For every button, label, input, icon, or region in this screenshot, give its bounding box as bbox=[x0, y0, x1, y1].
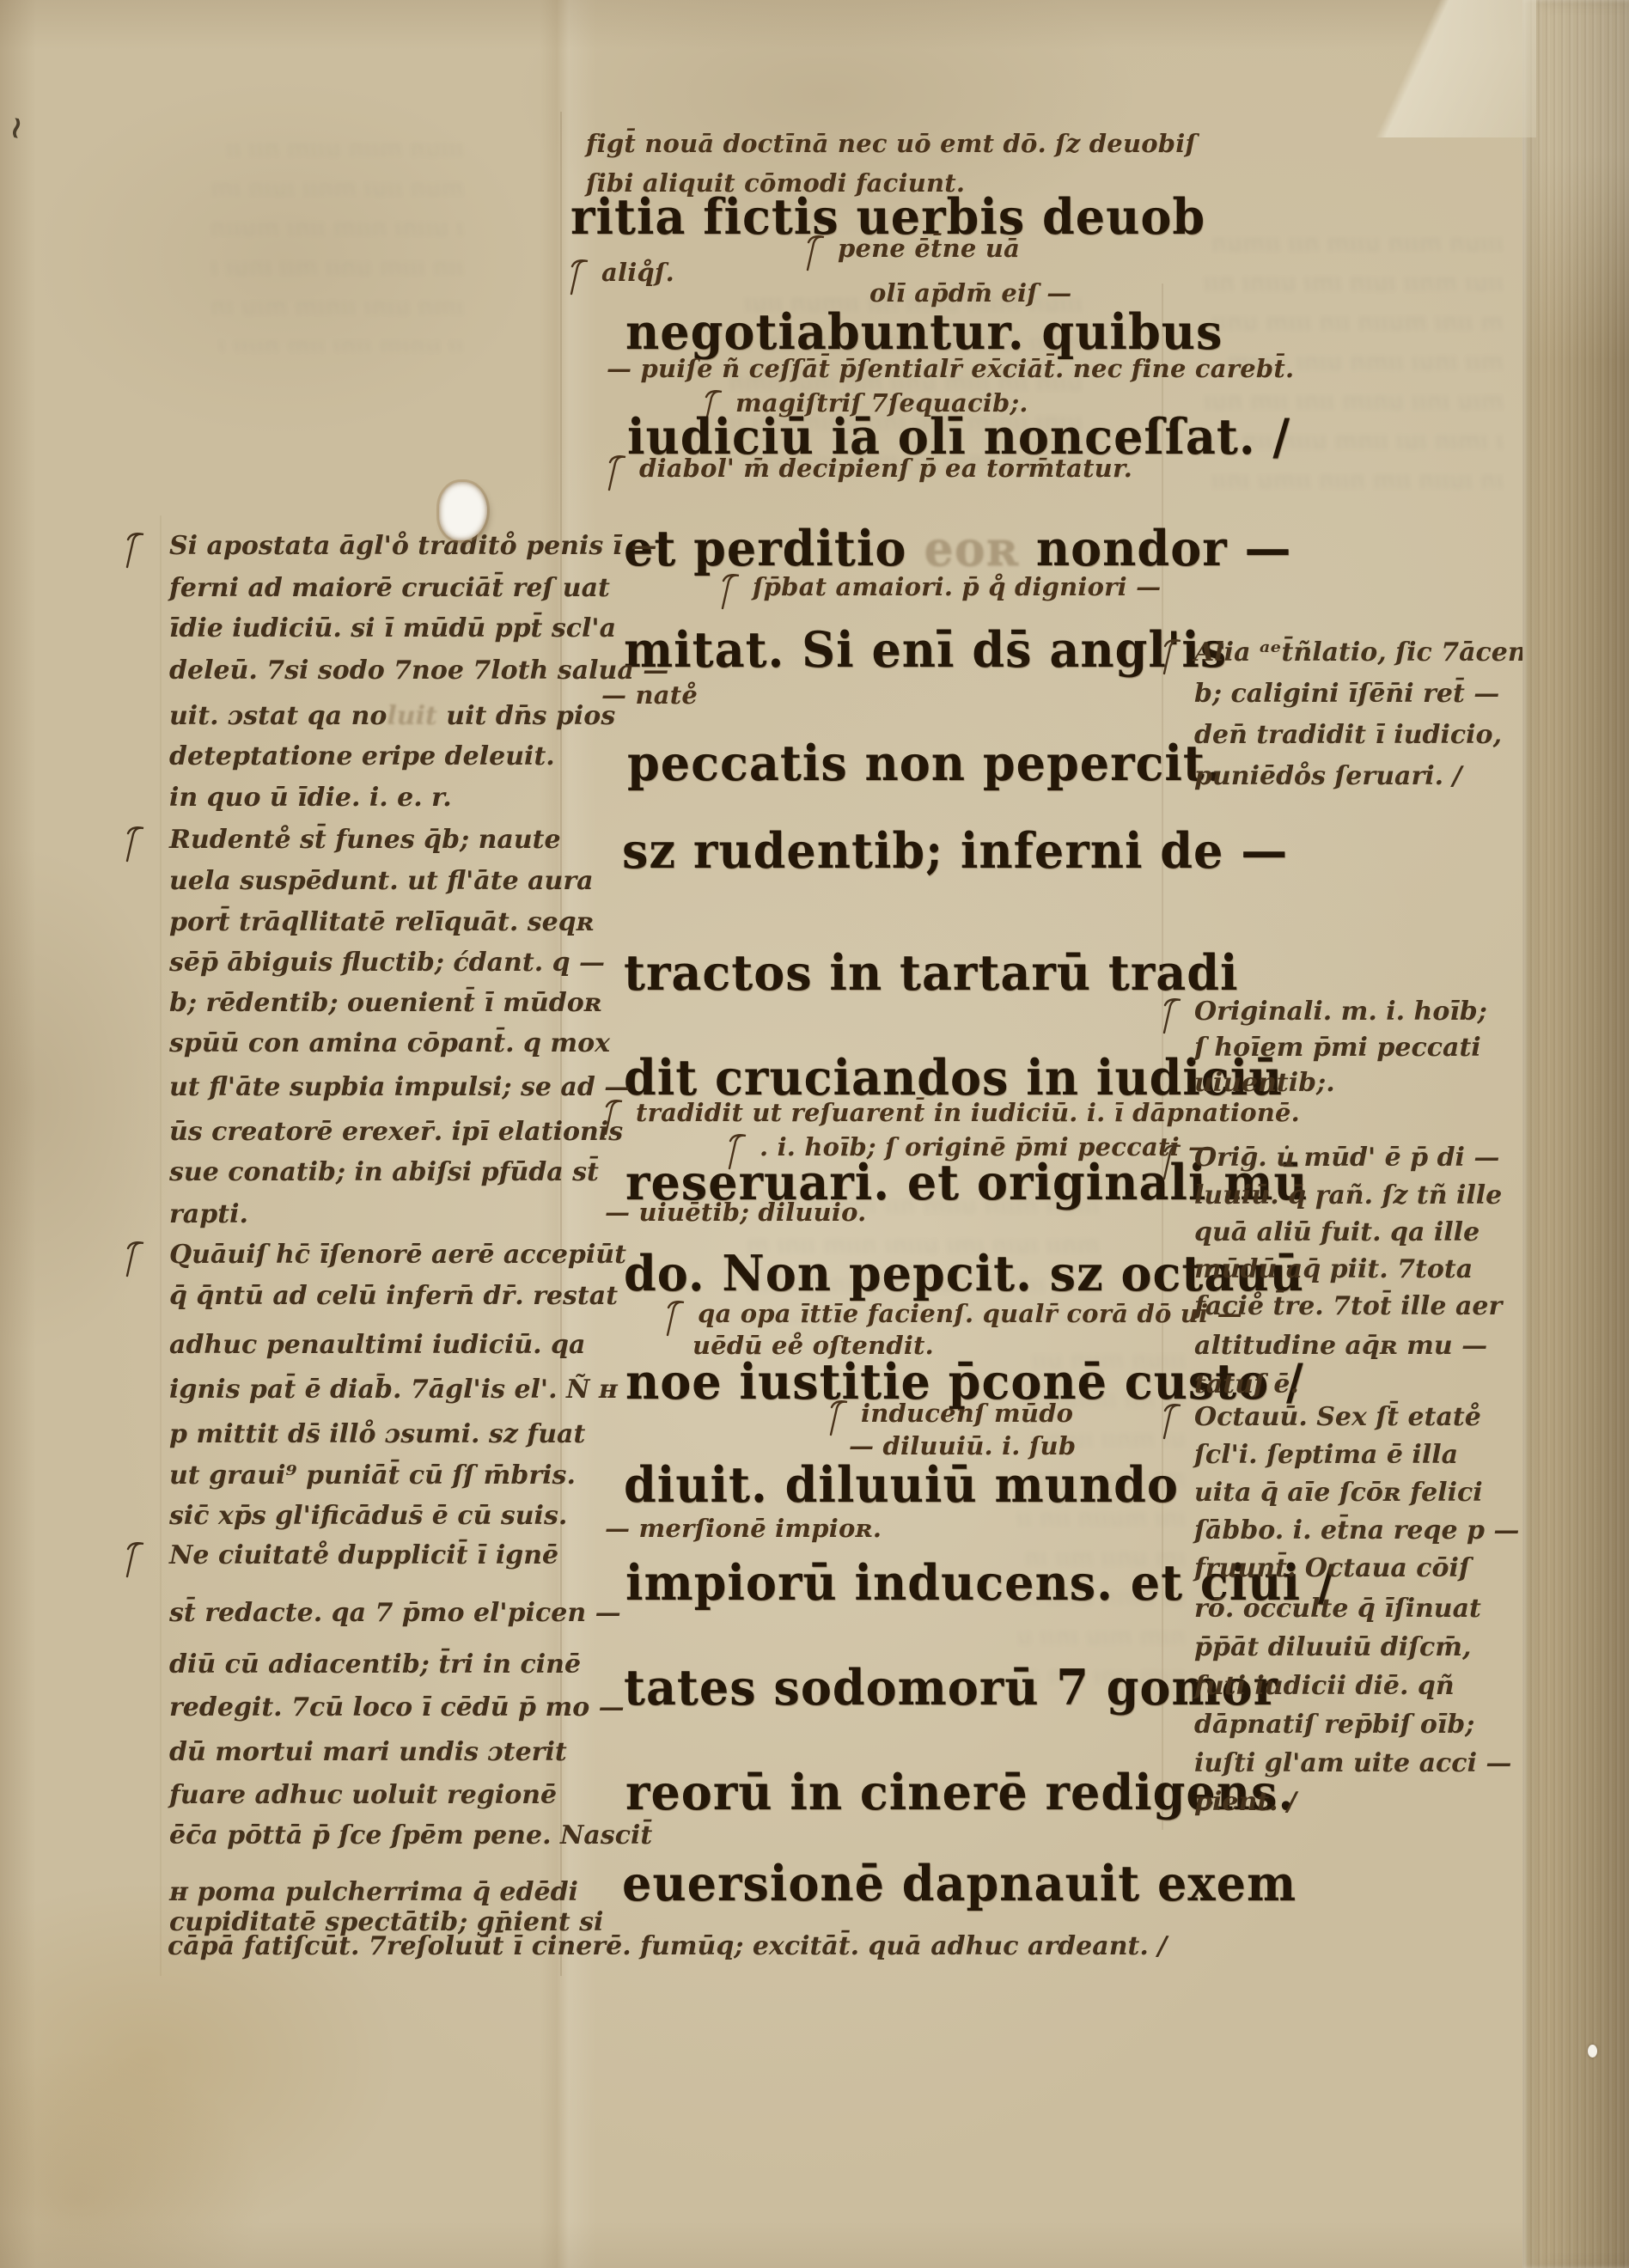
paragraph-mark-icon bbox=[828, 1397, 851, 1444]
book-fore-edge bbox=[1522, 0, 1629, 2268]
gloss-line: deleū. 7si sodo 7noe 7loth salua — bbox=[169, 655, 668, 686]
line-text: īdie iudiciū. si ī mūdū ppt̄ scl'a bbox=[169, 613, 616, 643]
line-text: diabol' m̄ decipienſ p̄ ea torm̄tatur. bbox=[639, 454, 1132, 483]
line-text: ſābbo. i. et̄na reqe p — bbox=[1194, 1515, 1519, 1546]
line-text: dāpnatiſ rep̄biſ oīb; bbox=[1194, 1710, 1474, 1740]
line-text: in quo ū īdie. i. e. r. bbox=[169, 783, 452, 813]
gloss-line: fruunt̄. Octaua cōiſ bbox=[1194, 1553, 1470, 1583]
lemma-line: tates sodomorū 7 gomor bbox=[624, 1658, 1278, 1716]
gloss-line: Quāuiſ hc̄ īſenorē aerē accepiūt bbox=[169, 1240, 626, 1270]
paragraph-mark-icon bbox=[665, 1297, 687, 1344]
corner-fold bbox=[1340, 0, 1536, 137]
line-text: fruunt̄. Octaua cōiſ bbox=[1194, 1553, 1470, 1583]
gloss-line: — puiſe ñ ceſſāt̄ p̄ſentialr̄ ex̄ciāt̄. … bbox=[607, 354, 1294, 383]
gloss-line: ignis pat̄ ē diab̄. 7āgl'is el'. Ñ ʜ bbox=[169, 1375, 618, 1405]
gloss-line: ſābbo. i. et̄na reqe p — bbox=[1194, 1515, 1519, 1546]
gloss-line: p̄p̄āt diluuiū diſcm̄, bbox=[1194, 1632, 1471, 1662]
line-text: Originali. m. i. hoīb; bbox=[1194, 997, 1487, 1027]
line-text: tates sodomorū 7 gomor bbox=[624, 1658, 1278, 1716]
gloss-line: ūs creatorē erexer̄. ipī elationis bbox=[169, 1117, 623, 1147]
gloss-line: sic̄ xp̄s gl'ificādus̄ ē cū suis. bbox=[169, 1501, 567, 1531]
gloss-line: ut graui⁹ puniāt̄ cū ſſ m̄bris. bbox=[169, 1460, 576, 1491]
gloss-line: sēp̄ ābiguis fluctib; ćdant. q — bbox=[169, 948, 605, 978]
gloss-line: quā aliū fuit. qa ille bbox=[1194, 1217, 1480, 1247]
faded-erased-word: eoʀ bbox=[924, 519, 1019, 577]
gloss-line: inducenſ mūdo bbox=[861, 1399, 1073, 1428]
gloss-line: futi iudicii diē. qñ bbox=[1194, 1671, 1455, 1701]
line-text: luuiū. q̄ ꞅañ. ſz tñ ille bbox=[1194, 1180, 1502, 1210]
line-text: facie̊ t̄re. 7tot̄ ille aer bbox=[1194, 1291, 1502, 1321]
line-text: p̄p̄āt diluuiū diſcm̄, bbox=[1194, 1632, 1471, 1662]
line-text: b; rēdentib; ouenient̄ ī mūdoʀ bbox=[169, 988, 602, 1018]
line-text: uita q̄ aīe ſcōʀ felici bbox=[1194, 1478, 1483, 1508]
line-text: Quāuiſ hc̄ īſenorē aerē accepiūt bbox=[169, 1240, 626, 1270]
gloss-line: ſcl'i. ſeptima ē illa bbox=[1194, 1440, 1458, 1470]
line-text: port̄ trāqllitatē relīquāt. seqʀ bbox=[169, 907, 595, 937]
paragraph-mark-icon bbox=[1162, 995, 1184, 1043]
line-text: Alia ᵃᵉt̄ñlatio, ſic 7ācen — bbox=[1194, 637, 1561, 668]
line-text: ſp̄bat amaiori. p̄ q̊ digniori — bbox=[753, 572, 1161, 601]
gloss-line: facie̊ t̄re. 7tot̄ ille aer bbox=[1194, 1291, 1502, 1321]
gloss-line: st̄ redacte. qa 7 p̄mo el'picen — bbox=[169, 1598, 621, 1628]
gloss-line: — merſionē impioʀ. bbox=[605, 1514, 882, 1543]
line-text: peccatis non pepercit. bbox=[627, 734, 1223, 792]
paragraph-mark-icon bbox=[125, 1238, 147, 1286]
gloss-line: Rudente̊ st̄ funes q̄b; naute bbox=[169, 825, 561, 855]
gloss-line: aliq̊ſ. bbox=[601, 258, 674, 287]
lemma-line: euersionē dapnauit exem bbox=[622, 1854, 1296, 1912]
line-text: mūdū aq̄ piit. 7tota bbox=[1194, 1254, 1473, 1284]
gloss-line: ſp̄bat amaiori. p̄ q̊ digniori — bbox=[753, 572, 1161, 601]
gloss-line: Alia ᵃᵉt̄ñlatio, ſic 7ācen — bbox=[1194, 637, 1561, 668]
line-text: puniēdo̊s ſeruari. / bbox=[1194, 761, 1462, 791]
lemma-line: et perditio eoʀ nondor — bbox=[624, 519, 1291, 577]
line-text: Oriḡ. u̇ mūd' ē p̄ di — bbox=[1194, 1143, 1499, 1173]
line-text: ignis pat̄ ē diab̄. 7āgl'is el'. Ñ ʜ bbox=[169, 1375, 618, 1405]
line-text: ut fl'āte supbia impulsi; se ad — bbox=[169, 1072, 630, 1102]
line-text: — merſionē impioʀ. bbox=[605, 1514, 882, 1543]
line-text: den̄ tradidit ī iudicio, bbox=[1194, 720, 1502, 750]
gloss-line: tradidit ut reſuarent̄ in iudiciū. i. ī … bbox=[636, 1098, 1300, 1127]
lemma-line: sz rudentib; inferni de — bbox=[622, 821, 1288, 880]
line-text: cupiditatē spectātib; gn̄ient si bbox=[169, 1907, 603, 1937]
gloss-line: mūdū aq̄ piit. 7tota bbox=[1194, 1254, 1473, 1284]
line-text: rō. occulte q̄ īſinuat bbox=[1194, 1594, 1481, 1624]
gloss-line: diū cū adiacentib; t̄ri in cinē bbox=[169, 1649, 581, 1680]
line-text: — uiuētib; diluuio. bbox=[605, 1198, 866, 1227]
paragraph-mark-icon bbox=[1162, 1400, 1184, 1448]
paragraph-mark-icon bbox=[569, 256, 591, 303]
lemma-line: diuit. diluuiū mundo bbox=[624, 1455, 1179, 1514]
line-text: ſcl'i. ſeptima ē illa bbox=[1194, 1440, 1458, 1470]
paragraph-mark-icon bbox=[805, 232, 827, 279]
gloss-line: uela suspēdunt. ut fl'āte aura bbox=[169, 866, 594, 896]
manuscript-page: ıııun mıın uıım nıı ıımun ııuı mnıı ıuın… bbox=[0, 0, 1629, 2268]
line-text: nondor — bbox=[1019, 519, 1291, 577]
line-text: sue conatib; in abiſsi pfūda st̄ bbox=[169, 1157, 599, 1187]
gloss-line: — uiuētib; diluuio. bbox=[605, 1198, 866, 1227]
text-layer: figt̄ nouā doctīnā nec uō emt dō. ſz deu… bbox=[0, 0, 1629, 2268]
gloss-line: rapti. bbox=[169, 1199, 248, 1229]
line-text: redegit. 7cū loco ī cēdū p̄ mo — bbox=[169, 1692, 625, 1722]
gloss-line: figt̄ nouā doctīnā nec uō emt dō. ſz deu… bbox=[586, 129, 1196, 158]
lemma-line: negotiabuntur. quibus bbox=[625, 302, 1223, 361]
line-text: Ne ciuitate̊ dupplicit̄ ī ignē bbox=[169, 1540, 558, 1570]
line-text: diuit. diluuiū mundo bbox=[624, 1455, 1179, 1514]
gloss-line: deteptatione eripe deleuit. bbox=[169, 741, 555, 771]
gloss-line: ſ hoīem p̄mi peccati bbox=[1194, 1033, 1481, 1063]
line-text: st̄ redacte. qa 7 p̄mo el'picen — bbox=[169, 1598, 621, 1628]
line-text: aliq̊ſ. bbox=[601, 258, 674, 287]
line-text: sz rudentib; inferni de — bbox=[622, 821, 1288, 880]
line-text: ʜ poma pulcherrima q̄ edēdi bbox=[169, 1877, 578, 1907]
line-text: negotiabuntur. quibus bbox=[625, 302, 1223, 361]
line-text: mitat. Si enī ds̄ angl'is bbox=[624, 620, 1227, 679]
gloss-line: uita q̄ aīe ſcōʀ felici bbox=[1194, 1478, 1483, 1508]
white-speck bbox=[1588, 2045, 1597, 2058]
paragraph-mark-icon bbox=[720, 570, 742, 618]
gloss-line: adhuc penaultimi iudiciū. qa bbox=[169, 1330, 585, 1360]
gloss-line: ēc̄a pōttā p̄ ſce ſpēm pene. Nascit̄ bbox=[169, 1820, 652, 1850]
line-text: altitudine aq̄ʀ mu — bbox=[1194, 1331, 1487, 1361]
line-text: ferni ad maiorē cruciāt̄ reſ uat bbox=[169, 573, 610, 603]
line-text: rapti. bbox=[169, 1199, 248, 1229]
gloss-line: p mittit ds̄ illo̊ ɔsumi. sz fuat bbox=[169, 1419, 585, 1449]
line-text: — puiſe ñ ceſſāt̄ p̄ſentialr̄ ex̄ciāt̄. … bbox=[607, 354, 1294, 383]
line-text: b; caligini īſēn̄i ret̄ — bbox=[1194, 679, 1499, 709]
gloss-line: altitudine aq̄ʀ mu — bbox=[1194, 1331, 1487, 1361]
paragraph-mark-icon bbox=[125, 529, 147, 577]
line-text: tradidit ut reſuarent̄ in iudiciū. i. ī … bbox=[636, 1098, 1300, 1127]
gloss-line: īdie iudiciū. si ī mūdū ppt̄ scl'a bbox=[169, 613, 616, 643]
line-text: adhuc penaultimi iudiciū. qa bbox=[169, 1330, 585, 1360]
line-text: ut graui⁹ puniāt̄ cū ſſ m̄bris. bbox=[169, 1460, 576, 1491]
gloss-line: q̄ q̄ntū ad celū infern̄ dr̄. restat bbox=[169, 1281, 618, 1311]
line-text: inducenſ mūdo bbox=[861, 1399, 1073, 1428]
line-text: futi iudicii diē. qñ bbox=[1194, 1671, 1455, 1701]
paragraph-mark-icon bbox=[607, 452, 629, 499]
line-text: uit. ɔstat qa no bbox=[169, 701, 387, 731]
gloss-line: ferni ad maiorē cruciāt̄ reſ uat bbox=[169, 573, 610, 603]
gloss-line: luuiū. q̄ ꞅañ. ſz tñ ille bbox=[1194, 1180, 1502, 1210]
gloss-line: diabol' m̄ decipienſ p̄ ea torm̄tatur. bbox=[639, 454, 1132, 483]
line-text: tractos in tartarū tradi bbox=[624, 943, 1238, 1002]
line-text: uit dn̄s pios bbox=[437, 701, 615, 731]
line-text: deleū. 7si sodo 7noe 7loth salua — bbox=[169, 655, 668, 686]
line-text: Rudente̊ st̄ funes q̄b; naute bbox=[169, 825, 561, 855]
line-text: deteptatione eripe deleuit. bbox=[169, 741, 555, 771]
gloss-line: spūū con amina cōpant̄. q mox bbox=[169, 1028, 610, 1058]
line-text: figt̄ nouā doctīnā nec uō emt dō. ſz deu… bbox=[586, 129, 1196, 158]
line-text: fuare adhuc uoluit regionē bbox=[169, 1780, 557, 1810]
line-text: uela suspēdunt. ut fl'āte aura bbox=[169, 866, 594, 896]
gloss-line: ʜ poma pulcherrima q̄ edēdi bbox=[169, 1877, 578, 1907]
line-text: ūs creatorē erexer̄. ipī elationis bbox=[169, 1117, 623, 1147]
gloss-line: Originali. m. i. hoīb; bbox=[1194, 997, 1487, 1027]
line-text: iuſti gl'am uite acci — bbox=[1194, 1748, 1511, 1778]
line-text: q̄ q̄ntū ad celū infern̄ dr̄. restat bbox=[169, 1281, 618, 1311]
gloss-line: tatuſ ē. bbox=[1194, 1369, 1299, 1399]
gloss-line: uiuentib;. bbox=[1194, 1068, 1335, 1098]
gloss-line: dāpnatiſ rep̄biſ oīb; bbox=[1194, 1710, 1474, 1740]
paragraph-mark-icon bbox=[1162, 636, 1184, 684]
line-text: et perditio bbox=[624, 519, 924, 577]
gloss-line: redegit. 7cū loco ī cēdū p̄ mo — bbox=[169, 1692, 625, 1722]
line-text: Si apostata āgl'o̊ tradito̊ penis ī — bbox=[169, 531, 657, 561]
gloss-line: Oriḡ. u̇ mūd' ē p̄ di — bbox=[1194, 1143, 1499, 1173]
line-text: pient. / bbox=[1194, 1787, 1296, 1817]
gloss-line: Si apostata āgl'o̊ tradito̊ penis ī — bbox=[169, 531, 657, 561]
line-text: dū mortui mari undis ɔterit bbox=[169, 1737, 567, 1767]
line-text: p mittit ds̄ illo̊ ɔsumi. sz fuat bbox=[169, 1419, 585, 1449]
gloss-line: sue conatib; in abiſsi pfūda st̄ bbox=[169, 1157, 599, 1187]
line-text: qa opa īttīe facienſ. qualr̄ corā dō ui … bbox=[698, 1299, 1242, 1328]
gloss-line: ut fl'āte supbia impulsi; se ad — bbox=[169, 1072, 630, 1102]
gloss-line: Ne ciuitate̊ dupplicit̄ ī ignē bbox=[169, 1540, 558, 1570]
gloss-line: den̄ tradidit ī iudicio, bbox=[1194, 720, 1502, 750]
line-text: pene ēt̄ne uā bbox=[838, 234, 1020, 263]
gloss-line: Octauū. Sex ſt̄ etate̊ bbox=[1194, 1402, 1481, 1432]
gloss-line: dū mortui mari undis ɔterit bbox=[169, 1737, 567, 1767]
gloss-line: port̄ trāqllitatē relīquāt. seqʀ bbox=[169, 907, 595, 937]
faded-erased-word: luit bbox=[387, 701, 436, 731]
gloss-line: cupiditatē spectātib; gn̄ient si bbox=[169, 1907, 603, 1937]
line-text: Octauū. Sex ſt̄ etate̊ bbox=[1194, 1402, 1481, 1432]
line-text: sic̄ xp̄s gl'ificādus̄ ē cū suis. bbox=[169, 1501, 567, 1531]
line-text: tatuſ ē. bbox=[1194, 1369, 1299, 1399]
paragraph-mark-icon bbox=[1162, 1141, 1184, 1189]
line-text: euersionē dapnauit exem bbox=[622, 1854, 1296, 1912]
gloss-line: rō. occulte q̄ īſinuat bbox=[1194, 1594, 1481, 1624]
line-text: ſ hoīem p̄mi peccati bbox=[1194, 1033, 1481, 1063]
gloss-line: b; rēdentib; ouenient̄ ī mūdoʀ bbox=[169, 988, 602, 1018]
gloss-line: in quo ū īdie. i. e. r. bbox=[169, 783, 452, 813]
lemma-line: tractos in tartarū tradi bbox=[624, 943, 1238, 1002]
line-text: diū cū adiacentib; t̄ri in cinē bbox=[169, 1649, 581, 1680]
lemma-line: mitat. Si enī ds̄ angl'is bbox=[624, 620, 1227, 679]
paragraph-mark-icon bbox=[125, 823, 147, 871]
gloss-line: fuare adhuc uoluit regionē bbox=[169, 1780, 557, 1810]
gloss-line: b; caligini īſēn̄i ret̄ — bbox=[1194, 679, 1499, 709]
line-text: spūū con amina cōpant̄. q mox bbox=[169, 1028, 610, 1058]
line-text: uiuentib;. bbox=[1194, 1068, 1335, 1098]
paragraph-mark-icon bbox=[125, 1539, 147, 1587]
gloss-line: iuſti gl'am uite acci — bbox=[1194, 1748, 1511, 1778]
line-text: sēp̄ ābiguis fluctib; ćdant. q — bbox=[169, 948, 605, 978]
gloss-line: pient. / bbox=[1194, 1787, 1296, 1817]
gloss-line: puniēdo̊s ſeruari. / bbox=[1194, 761, 1462, 791]
lemma-line: peccatis non pepercit. bbox=[627, 734, 1223, 792]
gloss-line: uit. ɔstat qa noluit uit dn̄s pios bbox=[169, 701, 615, 731]
gloss-line: pene ēt̄ne uā bbox=[838, 234, 1020, 263]
line-text: ēc̄a pōttā p̄ ſce ſpēm pene. Nascit̄ bbox=[169, 1820, 652, 1850]
line-text: quā aliū fuit. qa ille bbox=[1194, 1217, 1480, 1247]
gloss-line: qa opa īttīe facienſ. qualr̄ corā dō ui … bbox=[698, 1299, 1242, 1328]
